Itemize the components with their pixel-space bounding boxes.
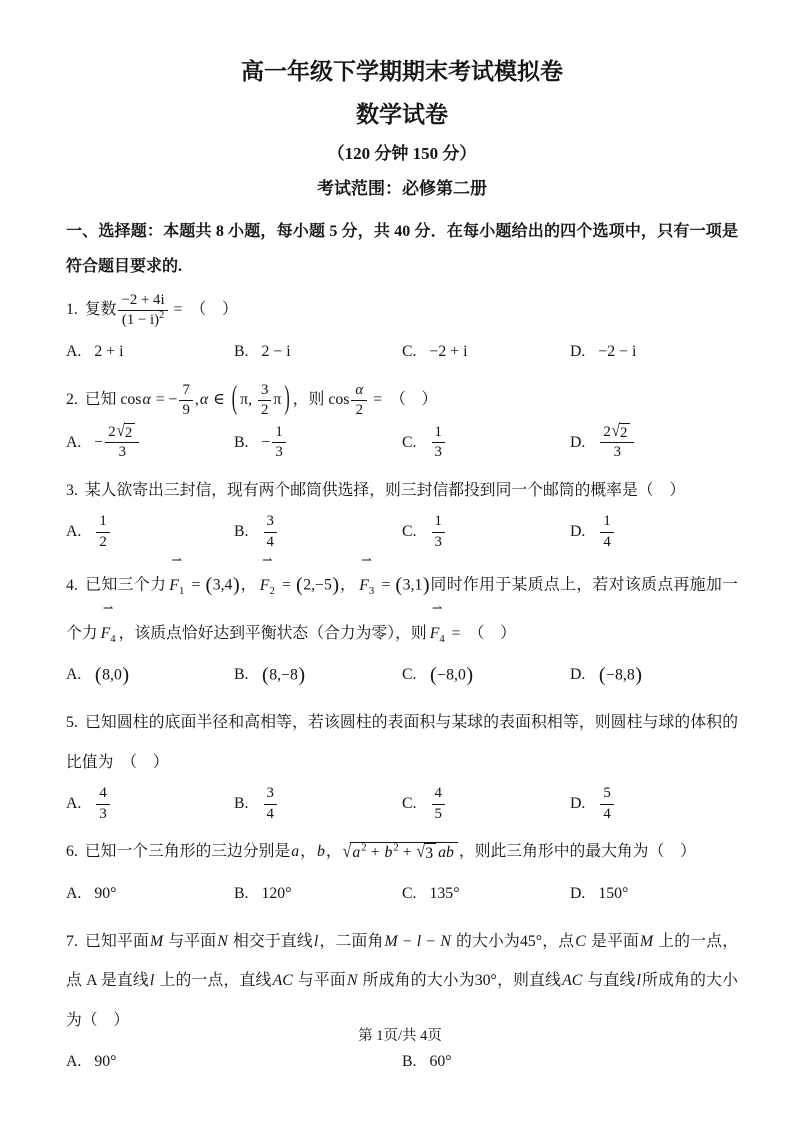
text-run: 的大小为45°，点 <box>452 933 574 950</box>
option-content: 14 <box>598 512 615 552</box>
text-run: = <box>187 577 205 594</box>
text-run: 4 <box>99 785 106 801</box>
text-run: 与平面 <box>164 933 216 950</box>
text-run: 复数 <box>85 301 117 318</box>
math-var: M <box>383 933 398 950</box>
text-run: 与平面 <box>294 972 346 989</box>
math-radical: √2 <box>612 423 631 443</box>
question-2: 2.已知 cosα = −79,α ∈ (π, 32π)，则 cosα2 = （… <box>66 380 738 465</box>
vector-subscript: 1 <box>179 585 184 597</box>
math-radical: √2 <box>117 423 136 443</box>
text-run: = <box>278 577 296 594</box>
math-fraction: −2 + 4i(1 − i)2 <box>118 291 167 331</box>
text-run: 某人欲寄出三封信，现有两个邮筒供选择，则三封信都投到同一个邮筒的概率是（ ） <box>85 482 685 499</box>
paren: ( <box>395 574 402 596</box>
question-number: 3. <box>66 482 78 499</box>
text-run: 2 − i <box>262 343 291 360</box>
option-label: C. <box>402 885 417 903</box>
option-label: D. <box>570 523 585 541</box>
text-run: 1 <box>603 513 610 529</box>
text-run: 3 <box>267 785 274 801</box>
text-run: −2 − i <box>598 343 636 360</box>
text-run: 4 <box>603 534 610 550</box>
options-row: A.−2√23B.−13C.13D.2√23 <box>66 421 738 465</box>
text-run: 8,0 <box>102 666 122 683</box>
text-run: 2 <box>261 402 268 418</box>
text-run: 直线 <box>117 972 149 989</box>
option-1-C: C.−2 + i <box>402 330 570 374</box>
option-content: 90° <box>94 1053 116 1071</box>
radical-body: 2 <box>619 423 630 443</box>
fraction-denominator: 2 <box>258 401 271 420</box>
fraction-denominator: 3 <box>432 443 445 462</box>
fraction-numerator: 3 <box>258 381 271 401</box>
text-run: 所成角的大小为30°，则直线 <box>359 972 562 989</box>
math-radical: √3 <box>417 843 437 864</box>
option-label: A. <box>66 666 81 684</box>
radical-sign-icon: √ <box>343 842 352 863</box>
fraction-numerator: 3 <box>264 512 277 532</box>
fraction-denominator: 5 <box>432 805 445 824</box>
option-label: D. <box>570 434 585 452</box>
option-5-B: B.34 <box>234 782 402 826</box>
text-run: ，该质点恰好达到平衡状态（合力为零），则 <box>119 625 427 642</box>
page-content: 高一年级下学期期末考试模拟卷 数学试卷 （120 分钟 150 分） 考试范围：… <box>0 0 800 1084</box>
math-var: N <box>216 933 229 950</box>
option-content: 150° <box>598 885 628 903</box>
option-7-A: A.90° <box>66 1040 402 1084</box>
option-label: D. <box>570 795 585 813</box>
option-4-C: C.(−8,0) <box>402 653 570 697</box>
exam-title: 高一年级下学期期末考试模拟卷 <box>66 56 738 87</box>
exam-scope: 考试范围：必修第二册 <box>66 178 738 200</box>
fraction-numerator: 5 <box>600 784 613 804</box>
radical-body: 3 <box>424 843 436 864</box>
text-run: 是平面 <box>587 933 639 950</box>
text-run: 3,4 <box>213 577 233 594</box>
option-3-B: B.34 <box>234 510 402 554</box>
fraction-numerator: 4 <box>432 784 445 804</box>
options-row: A.90°B.120°C.135°D.150° <box>66 872 738 916</box>
text-run: ， <box>240 577 257 594</box>
text-run: −2 + i <box>430 343 468 360</box>
text-run: = <box>377 577 395 594</box>
text-run: 2 <box>603 424 610 440</box>
math-var: M <box>639 933 654 950</box>
text-run: 150° <box>598 885 628 902</box>
question-stem: 7.已知平面M 与平面N 相交于直线l，二面角M − l − N 的大小为45°… <box>66 922 738 1040</box>
text-run: 2,−5 <box>303 577 332 594</box>
option-label: C. <box>402 523 417 541</box>
option-2-A: A.−2√23 <box>66 421 234 465</box>
text-run: 已知三个力 <box>85 577 166 594</box>
vector-arrow-icon: ⇀ <box>168 554 185 567</box>
text-run: 3 <box>267 513 274 529</box>
text-run: 1 <box>435 424 442 440</box>
vector-arrow-icon: ⇀ <box>429 602 446 615</box>
text-run: 1 <box>275 424 282 440</box>
math-var: N <box>346 972 359 989</box>
option-2-D: D.2√23 <box>570 421 738 465</box>
option-label: B. <box>402 1053 417 1071</box>
fraction-denominator: 4 <box>264 805 277 824</box>
text-run: 已知一个三角形的三边分别是 <box>85 843 290 860</box>
option-label: C. <box>402 795 417 813</box>
paper-title: 数学试卷 <box>66 99 738 130</box>
option-label: D. <box>570 343 585 361</box>
text-run: 3 <box>275 444 282 460</box>
option-content: 120° <box>262 885 292 903</box>
math-var: M <box>149 933 164 950</box>
text-run: −8,8 <box>606 666 635 683</box>
option-label: C. <box>402 434 417 452</box>
option-content: −2 − i <box>598 343 636 361</box>
text-run: 2 <box>620 425 627 441</box>
math-fraction: 45 <box>432 784 445 824</box>
option-4-D: D.(−8,8) <box>570 653 738 697</box>
text-run: 上的一点，直线 <box>155 972 271 989</box>
option-content: −2√23 <box>94 423 141 463</box>
text-run: 9 <box>182 402 189 418</box>
math-vector: ⇀F1 <box>168 563 185 605</box>
options-row: A.2 + iB.2 − iC.−2 + iD.−2 − i <box>66 330 738 374</box>
text-run: 3 <box>425 845 433 862</box>
option-3-C: C.13 <box>402 510 570 554</box>
text-run: 60° <box>430 1053 452 1070</box>
option-content: −2 + i <box>430 343 468 361</box>
fraction-denominator: (1 − i)2 <box>119 311 167 330</box>
text-run: π <box>273 391 281 408</box>
question-stem: 4.已知三个力⇀F1 = (3,4)，⇀F2 = (2,−5)，⇀F3 = (3… <box>66 560 738 653</box>
text-run: 120° <box>262 885 292 902</box>
text-run: 90° <box>94 885 116 902</box>
duration-score: （120 分钟 150 分） <box>66 143 738 165</box>
text-run: = （ ） <box>170 301 238 318</box>
fraction-denominator: 9 <box>179 401 192 420</box>
vector-subscript: 4 <box>439 633 444 645</box>
option-content: 12 <box>94 512 111 552</box>
paren: ) <box>298 664 305 686</box>
option-label: B. <box>234 885 249 903</box>
math-var: AC <box>561 972 583 989</box>
option-label: A. <box>66 795 81 813</box>
math-var: N <box>439 933 452 950</box>
fraction-numerator: 1 <box>600 512 613 532</box>
text-run: 8,−8 <box>269 666 298 683</box>
text-run: − <box>94 433 103 450</box>
text-run: ，则此三角形中的最大角为（ ） <box>459 843 696 860</box>
option-label: A. <box>66 885 81 903</box>
text-run: 135° <box>430 885 460 902</box>
text-run: 3 <box>614 444 621 460</box>
fraction-denominator: 3 <box>432 533 445 552</box>
text-run: 与直线 <box>583 972 635 989</box>
radical-body: a2 + b2 + √3ab <box>350 842 458 864</box>
vector-arrow-icon: ⇀ <box>358 554 375 567</box>
question-number: 5. <box>66 714 78 731</box>
question-1: 1.复数−2 + 4i(1 − i)2 = （ ）A.2 + iB.2 − iC… <box>66 290 738 374</box>
math-vector: ⇀F4 <box>429 611 446 653</box>
radical-sign-icon: √ <box>117 422 125 442</box>
option-5-A: A.43 <box>66 782 234 826</box>
options-row: A.(8,0)B.(8,−8)C.(−8,0)D.(−8,8) <box>66 653 738 697</box>
text-run: − <box>399 933 416 950</box>
question-stem: 5.已知圆柱的底面半径和高相等，若该圆柱的表面积与某球的表面积相等，则圆柱与球的… <box>66 703 738 782</box>
fraction-numerator: 3 <box>264 784 277 804</box>
text-run: 3 <box>119 444 126 460</box>
math-vector: ⇀F4 <box>100 611 117 653</box>
paren: ) <box>635 664 642 686</box>
option-5-C: C.45 <box>402 782 570 826</box>
text-run: = （ ） <box>448 625 516 642</box>
exam-page: 高一年级下学期期末考试模拟卷 数学试卷 （120 分钟 150 分） 考试范围：… <box>0 0 800 1131</box>
question-4: 4.已知三个力⇀F1 = (3,4)，⇀F2 = (2,−5)，⇀F3 = (3… <box>66 560 738 697</box>
text-run: 4 <box>603 806 610 822</box>
superscript: 2 <box>159 310 164 321</box>
math-radical: √a2 + b2 + √3ab <box>343 842 458 864</box>
option-label: D. <box>570 666 585 684</box>
math-fraction: 79 <box>179 381 192 421</box>
questions: 1.复数−2 + 4i(1 − i)2 = （ ）A.2 + iB.2 − iC… <box>66 290 738 1084</box>
text-run: + <box>367 844 384 861</box>
fraction-numerator: 4 <box>96 784 109 804</box>
text-run: ，则 cos <box>293 391 350 408</box>
text-run: 1 <box>99 513 106 529</box>
question-stem: 2.已知 cosα = −79,α ∈ (π, 32π)，则 cosα2 = （… <box>66 380 738 421</box>
math-var: a <box>351 844 361 861</box>
math-vector: ⇀F2 <box>259 563 276 605</box>
option-2-B: B.−13 <box>234 421 402 465</box>
paren: ) <box>233 574 240 596</box>
fraction-denominator: 4 <box>600 533 613 552</box>
math-var: α <box>354 382 364 398</box>
option-5-D: D.54 <box>570 782 738 826</box>
text-run: ， <box>340 577 357 594</box>
text-run: 2 + i <box>94 343 123 360</box>
option-1-B: B.2 − i <box>234 330 402 374</box>
text-run: 已知 cos <box>85 391 142 408</box>
fraction-denominator: 3 <box>96 805 109 824</box>
option-label: B. <box>234 523 249 541</box>
option-4-B: B.(8,−8) <box>234 653 402 697</box>
option-content: 54 <box>598 784 615 824</box>
math-var: α <box>141 391 151 408</box>
question-3: 3.某人欲寄出三封信，现有两个邮筒供选择，则三封信都投到同一个邮筒的概率是（ ）… <box>66 471 738 554</box>
math-var: ab <box>437 844 455 861</box>
math-fraction: 34 <box>264 784 277 824</box>
text-run: 90° <box>94 1053 116 1070</box>
math-var: b <box>383 844 393 861</box>
option-label: A. <box>66 343 81 361</box>
text-run: π, <box>240 391 256 408</box>
text-run: + <box>399 844 416 861</box>
option-label: C. <box>402 343 417 361</box>
vector-subscript: 2 <box>269 585 274 597</box>
math-var: α <box>199 391 209 408</box>
option-content: 43 <box>94 784 111 824</box>
fraction-denominator: 4 <box>600 805 613 824</box>
text-run: 4 <box>267 534 274 550</box>
section-heading: 一、选择题：本题共 8 小题，每小题 5 分，共 40 分．在每小题给出的四个选… <box>66 215 738 284</box>
paren: ) <box>466 664 473 686</box>
option-3-D: D.14 <box>570 510 738 554</box>
fraction-denominator: 2 <box>96 533 109 552</box>
option-2-C: C.13 <box>402 421 570 465</box>
option-6-B: B.120° <box>234 872 402 916</box>
math-fraction: 2√23 <box>600 423 634 463</box>
fraction-denominator: 3 <box>116 443 129 462</box>
text-run: 4 <box>267 806 274 822</box>
math-fraction: 32 <box>258 381 271 421</box>
text-run: − <box>422 933 439 950</box>
text-run: 2 <box>108 424 115 440</box>
radical-sign-icon: √ <box>612 422 620 442</box>
fraction-numerator: 2√2 <box>105 423 139 444</box>
option-content: 135° <box>430 885 460 903</box>
text-run: 2 <box>125 425 132 441</box>
options-row: A.43B.34C.45D.54 <box>66 782 738 826</box>
question-stem: 6.已知一个三角形的三边分别是a，b，√a2 + b2 + √3ab，则此三角形… <box>66 832 738 871</box>
paren: ) <box>122 664 129 686</box>
question-number: 6. <box>66 843 78 860</box>
math-fraction: 54 <box>600 784 613 824</box>
paren: ( <box>599 664 606 686</box>
math-var: b <box>316 843 326 860</box>
option-7-B: B.60° <box>402 1040 738 1084</box>
radical-sign-icon: √ <box>417 842 426 863</box>
math-fraction: 2√23 <box>105 423 139 463</box>
math-var: a <box>290 843 300 860</box>
option-content: (8,−8) <box>262 664 306 687</box>
question-6: 6.已知一个三角形的三边分别是a，b，√a2 + b2 + √3ab，则此三角形… <box>66 832 738 915</box>
option-6-C: C.135° <box>402 872 570 916</box>
page-footer: 第 1页/共 4页 <box>0 1024 800 1045</box>
option-content: 34 <box>262 784 279 824</box>
text-run: ，二面角 <box>319 933 383 950</box>
option-content: 60° <box>430 1053 452 1071</box>
option-content: (−8,8) <box>598 664 642 687</box>
big-paren: ( <box>232 359 237 442</box>
text-run: 3 <box>99 806 106 822</box>
text-run: 已知圆柱的底面半径和高相等，若该圆柱的表面积与某球的表面积相等，则圆柱与球的体积… <box>66 714 738 770</box>
text-run: 5 <box>603 785 610 801</box>
question-number: 2. <box>66 391 78 408</box>
option-label: A. <box>66 523 81 541</box>
math-fraction: 13 <box>432 512 445 552</box>
option-content: 2√23 <box>598 423 636 463</box>
math-var: AC <box>272 972 294 989</box>
text-run: ， <box>326 843 342 860</box>
option-label: B. <box>234 795 249 813</box>
text-run: −2 + 4i <box>121 292 164 308</box>
math-fraction: α2 <box>351 381 367 421</box>
text-run: 4 <box>435 785 442 801</box>
text-run: − <box>262 433 271 450</box>
text-run: −8,0 <box>437 666 466 683</box>
question-stem: 3.某人欲寄出三封信，现有两个邮筒供选择，则三封信都投到同一个邮筒的概率是（ ） <box>66 471 738 510</box>
option-content: (−8,0) <box>430 664 474 687</box>
paren: ( <box>262 664 269 686</box>
option-1-A: A.2 + i <box>66 330 234 374</box>
text-run: 已知平面 <box>85 933 149 950</box>
text-run: 7 <box>182 382 189 398</box>
text-run: 3 <box>435 534 442 550</box>
math-fraction: 13 <box>432 423 445 463</box>
fraction-numerator: −2 + 4i <box>118 291 167 311</box>
question-5: 5.已知圆柱的底面半径和高相等，若该圆柱的表面积与某球的表面积相等，则圆柱与球的… <box>66 703 738 826</box>
fraction-numerator: 2√2 <box>600 423 634 444</box>
option-label: C. <box>402 666 417 684</box>
question-7: 7.已知平面M 与平面N 相交于直线l，二面角M − l − N 的大小为45°… <box>66 922 738 1084</box>
option-1-D: D.−2 − i <box>570 330 738 374</box>
option-6-A: A.90° <box>66 872 234 916</box>
fraction-denominator: 2 <box>353 401 366 420</box>
text-run: 2 <box>99 534 106 550</box>
paren: ( <box>95 664 102 686</box>
fraction-denominator: 3 <box>272 443 285 462</box>
fraction-numerator: 7 <box>179 381 192 401</box>
option-content: 45 <box>430 784 447 824</box>
question-number: 1. <box>66 301 78 318</box>
option-label: A. <box>66 1053 81 1071</box>
text-run: ∈ <box>209 391 229 408</box>
fraction-numerator: α <box>351 381 367 401</box>
big-paren: ) <box>284 359 289 442</box>
options-row: A.12B.34C.13D.14 <box>66 510 738 554</box>
math-var: C <box>574 933 587 950</box>
math-fraction: 12 <box>96 512 109 552</box>
radical-body: 2 <box>124 423 135 443</box>
vector-arrow-icon: ⇀ <box>100 602 117 615</box>
question-stem: 1.复数−2 + 4i(1 − i)2 = （ ） <box>66 290 738 330</box>
text-run: 2 <box>356 402 363 418</box>
option-content: 34 <box>262 512 279 552</box>
option-label: D. <box>570 885 585 903</box>
math-vector: ⇀F3 <box>358 563 375 605</box>
paren: ( <box>205 574 212 596</box>
fraction-denominator: 4 <box>264 533 277 552</box>
text-run: ， <box>300 843 316 860</box>
option-content: 13 <box>430 512 447 552</box>
option-content: (8,0) <box>94 664 129 687</box>
question-number: 4. <box>66 577 78 594</box>
option-label: A. <box>66 434 81 452</box>
text-run: 相交于直线 <box>229 933 313 950</box>
option-content: 2 + i <box>94 343 123 361</box>
math-fraction: 34 <box>264 512 277 552</box>
text-run: = − <box>152 391 178 408</box>
fraction-denominator: 3 <box>611 443 624 462</box>
option-content: 90° <box>94 885 116 903</box>
option-3-A: A.12 <box>66 510 234 554</box>
text-run: 3 <box>435 444 442 460</box>
option-label: B. <box>234 666 249 684</box>
text-run: 1 <box>435 513 442 529</box>
text-run: 3,1 <box>403 577 423 594</box>
paren: ) <box>332 574 339 596</box>
paren: ( <box>430 664 437 686</box>
fraction-numerator: 1 <box>432 423 445 443</box>
math-fraction: 14 <box>600 512 613 552</box>
math-fraction: 43 <box>96 784 109 824</box>
text-run: = （ ） <box>369 391 437 408</box>
question-number: 7. <box>66 933 78 950</box>
vector-subscript: 3 <box>369 585 374 597</box>
fraction-numerator: 1 <box>96 512 109 532</box>
options-row: A.90°B.60° <box>66 1040 738 1084</box>
paren: ( <box>296 574 303 596</box>
option-4-A: A.(8,0) <box>66 653 234 697</box>
